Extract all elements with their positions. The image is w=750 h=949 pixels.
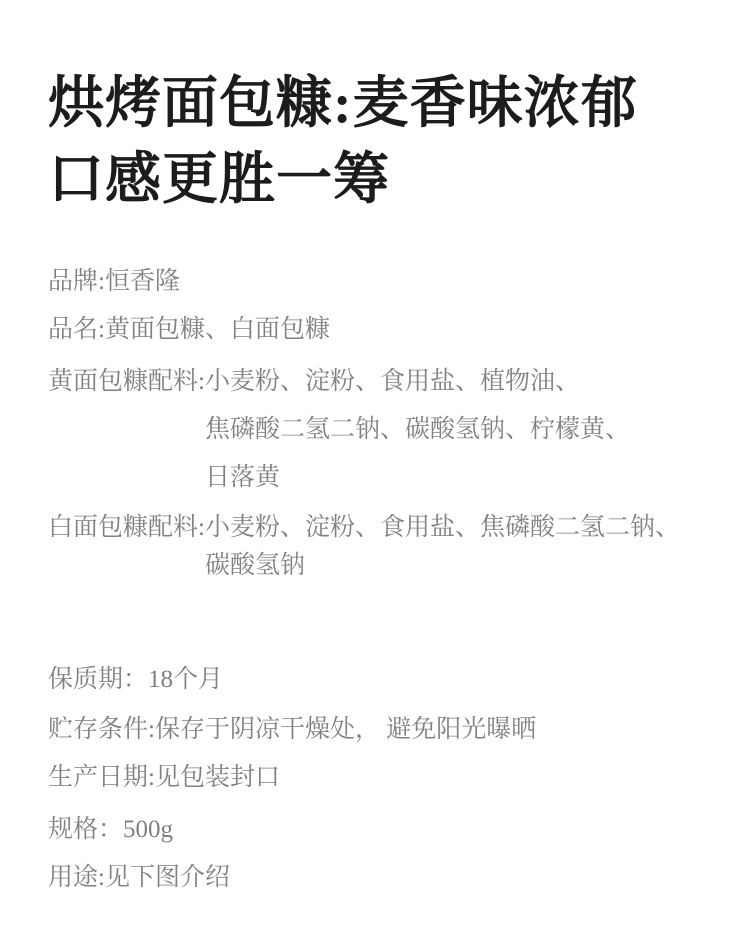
detail-label: 贮存条件:	[48, 706, 155, 754]
detail-row-white-ingredients: 白面包糠配料: 小麦粉、淀粉、食用盐、焦磷酸二氢二钠、 碳酸氢钠	[48, 509, 714, 585]
detail-value: 见包装封口	[155, 754, 714, 802]
detail-value: 保存于阴凉干燥处， 避免阳光曝晒	[155, 706, 714, 754]
detail-label: 生产日期:	[48, 754, 155, 802]
detail-label: 白面包糠配料:	[48, 509, 205, 547]
detail-row-usage: 用途: 见下图介绍	[48, 854, 714, 902]
detail-value: 500g	[123, 806, 714, 854]
detail-row-brand: 品牌: 恒香隆	[48, 258, 714, 306]
detail-label: 品牌:	[48, 258, 105, 306]
detail-label: 黄面包糠配料:	[48, 358, 205, 406]
page-title-line: 烘烤面包糠:麦香味浓郁	[48, 66, 714, 142]
detail-row-specification: 规格： 500g	[48, 806, 714, 854]
page-title-line: 口感更胜一筹	[48, 142, 714, 218]
detail-label: 规格：	[48, 806, 123, 854]
detail-row-storage: 贮存条件: 保存于阴凉干燥处， 避免阳光曝晒	[48, 706, 714, 754]
detail-value: 小麦粉、淀粉、食用盐、植物油、 焦磷酸二氢二钠、碳酸氢钠、柠檬黄、 日落黄	[205, 358, 714, 502]
product-details: 品牌: 恒香隆 品名: 黄面包糠、白面包糠 黄面包糠配料: 小麦粉、淀粉、食用盐…	[48, 258, 714, 902]
detail-row-production-date: 生产日期: 见包装封口	[48, 754, 714, 802]
detail-value: 见下图介绍	[105, 854, 714, 902]
product-description-page: 烘烤面包糠:麦香味浓郁 口感更胜一筹 品牌: 恒香隆 品名: 黄面包糠、白面包糠…	[0, 0, 750, 949]
detail-label: 保质期：	[48, 656, 148, 704]
detail-value: 黄面包糠、白面包糠	[105, 306, 714, 354]
detail-row-shelf-life: 保质期： 18个月	[48, 656, 714, 704]
detail-value: 恒香隆	[105, 258, 714, 306]
detail-value: 小麦粉、淀粉、食用盐、焦磷酸二氢二钠、 碳酸氢钠	[205, 509, 714, 585]
detail-label: 用途:	[48, 854, 105, 902]
detail-row-product-name: 品名: 黄面包糠、白面包糠	[48, 306, 714, 354]
detail-label: 品名:	[48, 306, 105, 354]
page-title: 烘烤面包糠:麦香味浓郁 口感更胜一筹	[48, 66, 714, 218]
detail-value: 18个月	[148, 656, 714, 704]
detail-row-yellow-ingredients: 黄面包糠配料: 小麦粉、淀粉、食用盐、植物油、 焦磷酸二氢二钠、碳酸氢钠、柠檬黄…	[48, 358, 714, 502]
